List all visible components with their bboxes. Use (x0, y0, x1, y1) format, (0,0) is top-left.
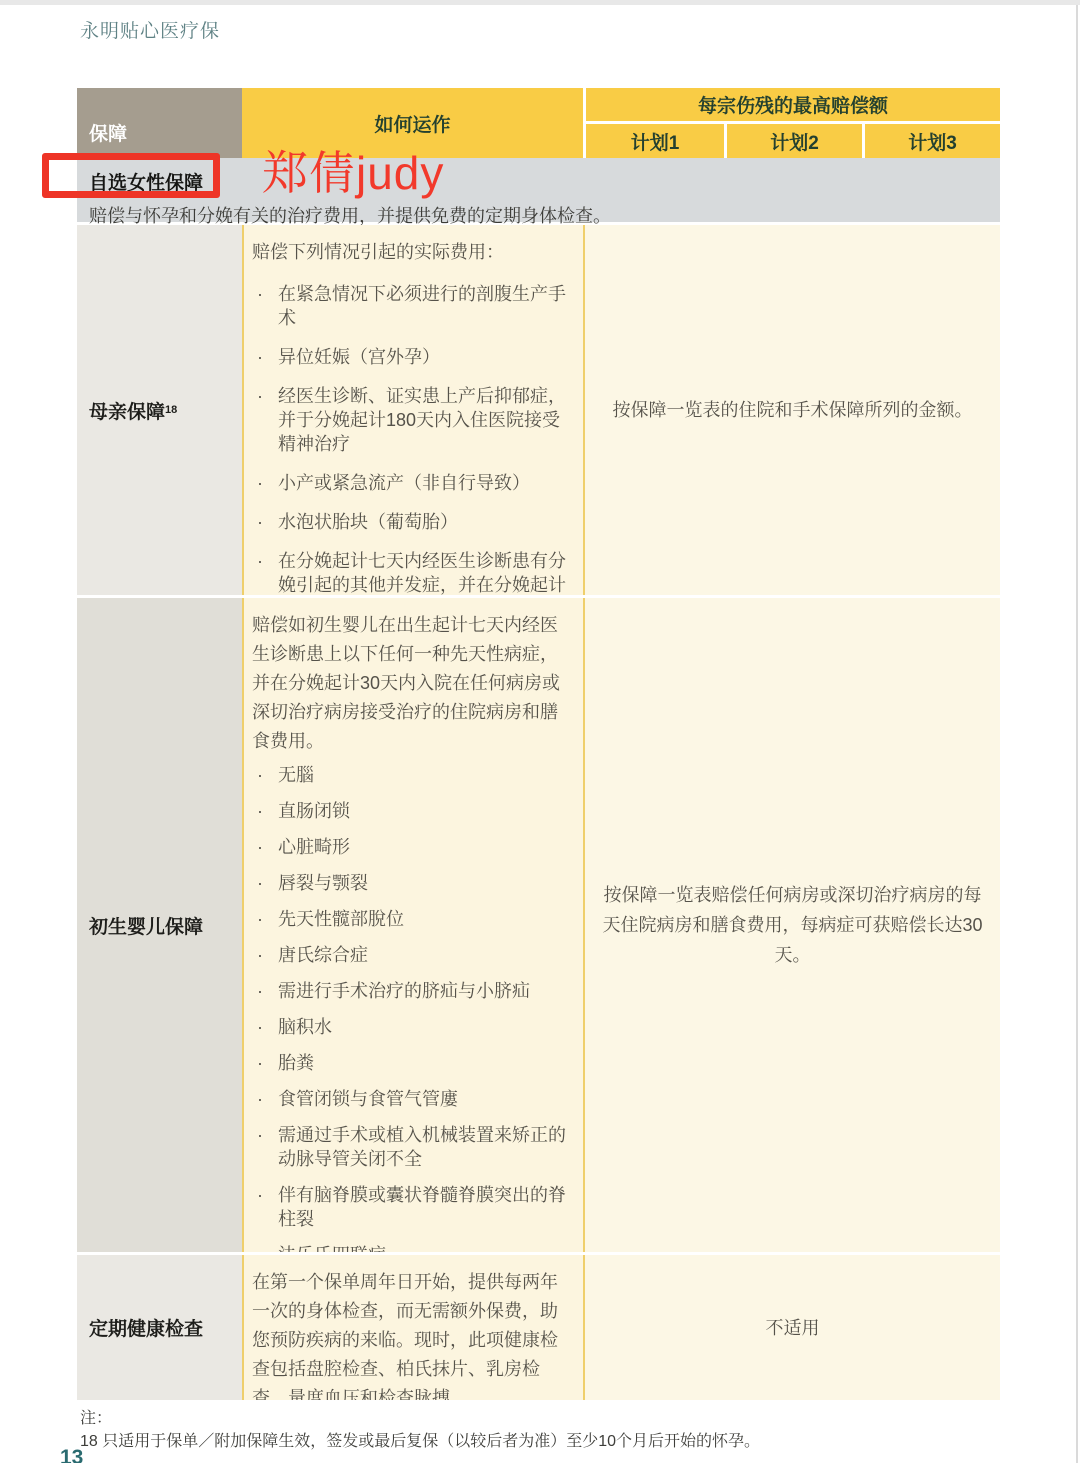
header-max-compensation-group: 每宗伤残的最高赔偿额 计划1 计划2 计划3 (583, 88, 1000, 158)
bullet-item: ·无腦 (252, 763, 575, 787)
how-it-works-cell: 在第一个保单周年日开始，提供每两年一次的身体检查，而无需额外保费，助您预防疾病的… (242, 1255, 583, 1400)
table-row-newborn: 初生婴儿保障 赔偿如初生婴儿在出生起计七天内经医生诊断患上以下任何一种先天性病症… (77, 598, 1000, 1252)
bullet-item: ·胎粪 (252, 1051, 575, 1075)
footnote-superscript: 18 (165, 404, 177, 416)
bullet-item: ·法乐氏四联症 (252, 1243, 575, 1252)
header-plan2-cell: 计划2 (724, 124, 862, 158)
compensation-amount-cell: 按保障一览表赔偿任何病房或深切治疗病房的每天住院病房和膳食费用，每病症可获赔偿长… (583, 598, 1000, 1252)
bullet-item: ·心脏畸形 (252, 835, 575, 859)
bullet-item: ·唇裂与颚裂 (252, 871, 575, 895)
how-it-works-intro: 在第一个保单周年日开始，提供每两年一次的身体检查，而无需额外保费，助您预防疾病的… (252, 1268, 575, 1400)
table-header-row: 保障 如何运作 每宗伤残的最高赔偿额 计划1 计划2 计划3 (77, 88, 1000, 158)
bullet-item: ·脑积水 (252, 1015, 575, 1039)
benefit-name: 初生婴儿保障 (89, 912, 203, 939)
footnote-label: 注： (80, 1405, 760, 1428)
table-row-health-check: 定期健康检查 在第一个保单周年日开始，提供每两年一次的身体检查，而无需额外保费，… (77, 1255, 1000, 1400)
benefit-name-cell: 定期健康检查 (77, 1255, 242, 1400)
how-it-works-cell: 赔偿下列情况引起的实际费用： ·在紧急情况下必须进行的剖腹生产手术·异位妊娠（宫… (242, 225, 583, 595)
bullet-list: ·在紧急情况下必须进行的剖腹生产手术·异位妊娠（宫外孕）·经医生诊断、证实患上产… (252, 282, 575, 595)
header-plans-row: 计划1 计划2 计划3 (586, 121, 1000, 158)
bullet-item: ·在分娩起计七天内经医生诊断患有分娩引起的其他并发症，并在分娩起计30天内住院接… (252, 549, 575, 595)
bullet-item: ·直肠闭锁 (252, 799, 575, 823)
compensation-amount: 按保障一览表赔偿任何病房或深切治疗病房的每天住院病房和膳食费用，每病症可获赔偿长… (599, 880, 986, 970)
benefit-name-cell: 母亲保障18 (77, 225, 242, 595)
bullet-item: ·需通过手术或植入机械装置来矫正的动脉导管关闭不全 (252, 1123, 575, 1171)
header-benefit-cell: 保障 (77, 88, 242, 158)
benefits-table: 保障 如何运作 每宗伤残的最高赔偿额 计划1 计划2 计划3 自选女性保障 赔偿… (77, 88, 1000, 1400)
table-row-maternity: 母亲保障18 赔偿下列情况引起的实际费用： ·在紧急情况下必须进行的剖腹生产手术… (77, 225, 1000, 595)
benefit-name-cell: 初生婴儿保障 (77, 598, 242, 1252)
bullet-list: ·无腦·直肠闭锁·心脏畸形·唇裂与颚裂·先天性髋部脫位·唐氏综合症·需进行手术治… (252, 763, 575, 1252)
bullet-item: ·食管闭锁与食管气管廔 (252, 1087, 575, 1111)
bullet-item: ·需进行手术治疗的脐疝与小脐疝 (252, 979, 575, 1003)
bullet-item: ·小产或紧急流产（非自行导致） (252, 471, 575, 495)
compensation-amount-cell: 不适用 (583, 1255, 1000, 1400)
compensation-amount: 不适用 (766, 1313, 820, 1343)
page-number: 13 (60, 1446, 83, 1463)
header-plan1-cell: 计划1 (586, 124, 724, 158)
how-it-works-intro: 赔偿如初生婴儿在出生起计七天内经医生诊断患上以下任何一种先天性病症，并在分娩起计… (252, 611, 575, 756)
red-annotation-box (42, 153, 220, 198)
section-title: 自选女性保障 (89, 168, 990, 195)
benefit-name: 母亲保障 (89, 397, 165, 424)
bullet-item: ·经医生诊断、证实患上产后抑郁症，并于分娩起计180天内入住医院接受精神治疗 (252, 384, 575, 456)
compensation-amount: 按保障一览表的住院和手术保障所列的金额。 (613, 395, 973, 425)
bullet-item: ·在紧急情况下必须进行的剖腹生产手术 (252, 282, 575, 330)
page-right-edge (1076, 5, 1078, 1463)
bullet-item: ·先天性髋部脫位 (252, 907, 575, 931)
header-max-compensation-title: 每宗伤残的最高赔偿额 (586, 88, 1000, 121)
bullet-item: ·异位妊娠（宫外孕） (252, 345, 575, 369)
red-annotation-text: 郑倩judy (262, 150, 444, 196)
brand-title: 永明贴心医疗保 (80, 16, 220, 43)
how-it-works-intro: 赔偿下列情况引起的实际费用： (252, 238, 575, 267)
bullet-item: ·水泡状胎块（葡萄胎） (252, 510, 575, 534)
how-it-works-cell: 赔偿如初生婴儿在出生起计七天内经医生诊断患上以下任何一种先天性病症，并在分娩起计… (242, 598, 583, 1252)
benefit-name: 定期健康检查 (89, 1314, 203, 1341)
bullet-item: ·伴有脑脊膜或囊状脊髓脊膜突出的脊柱裂 (252, 1183, 575, 1231)
footnotes: 注： 18 只适用于保单／附加保障生效，签发或最后复保（以较后者为准）至少10个… (80, 1405, 760, 1452)
bullet-item: ·唐氏综合症 (252, 943, 575, 967)
viewer-top-strip (0, 0, 1080, 5)
header-plan3-cell: 计划3 (862, 124, 1000, 158)
compensation-amount-cell: 按保障一览表的住院和手术保障所列的金额。 (583, 225, 1000, 595)
footnote-item: 18 只适用于保单／附加保障生效，签发或最后复保（以较后者为准）至少10个月后开… (80, 1431, 760, 1452)
